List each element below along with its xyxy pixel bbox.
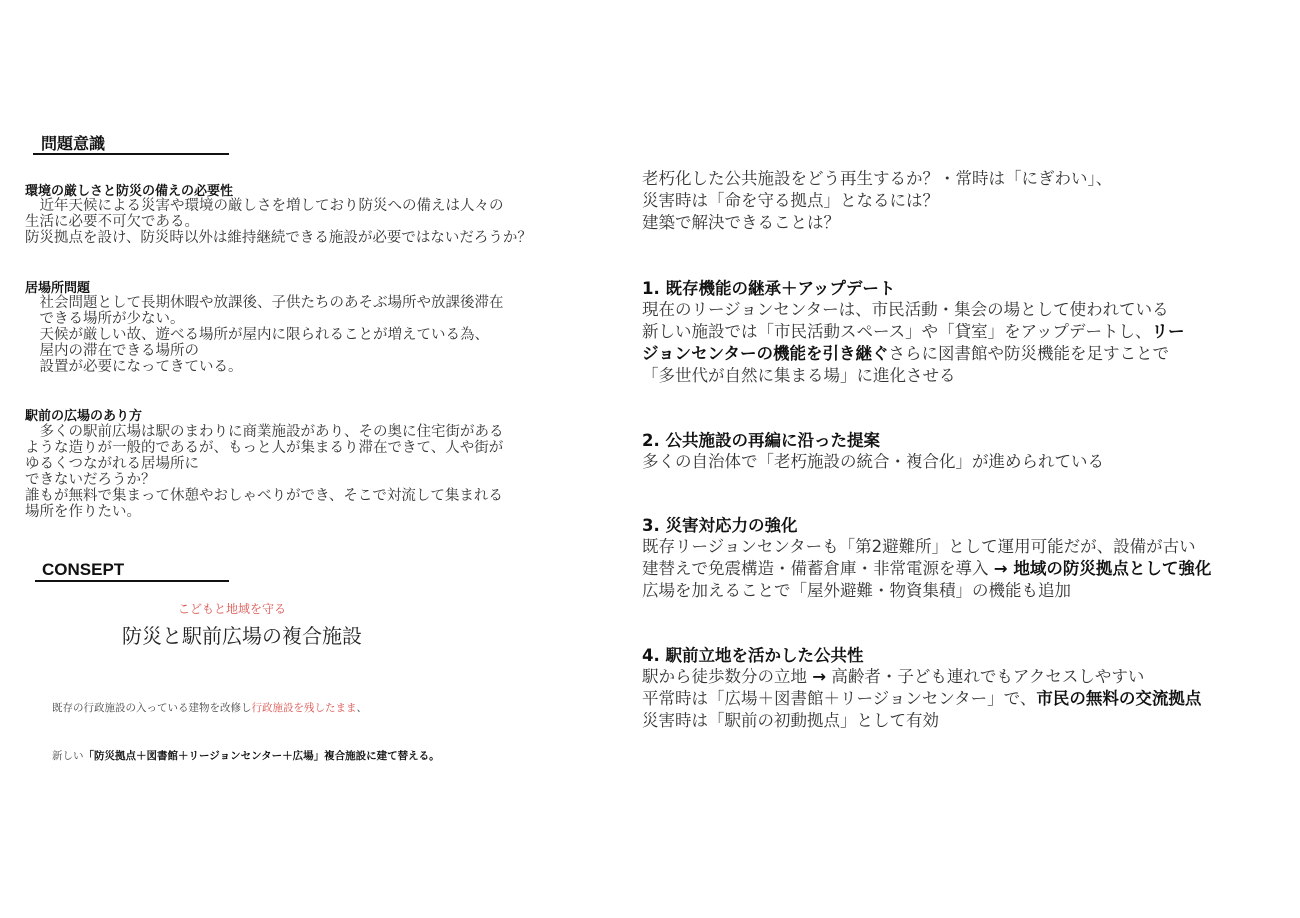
text-line: 多くの駅前広場は駅のまわりに商業施設があり、その奥に住宅街がある (25, 424, 504, 440)
concept-tagline: こどもと地域を守る (178, 600, 286, 617)
point-line: 既存リージョンセンターも「第2避難所」として運用可能だが、設備が古い (642, 536, 1211, 558)
text-line: 社会問題として長期休暇や放課後、子供たちのあそぶ場所や放課後滞在 (25, 295, 504, 311)
concept-desc-line-2: 新しい「防災拠点＋図書館＋リージョンセンター＋広場」複合施設に建て替える。 (52, 748, 440, 764)
section-body-station-plaza: 多くの駅前広場は駅のまわりに商業施設があり、その奥に住宅街がある ような造りが一… (25, 424, 504, 520)
text: 駅から徒歩数分の立地 (642, 667, 812, 686)
text-line: できる場所が少ない。 (25, 311, 504, 327)
point-heading: 4. 駅前立地を活かした公共性 (642, 642, 1201, 666)
text-line: できないだろうか？ (25, 472, 504, 488)
bold-text: リー (1152, 322, 1185, 341)
text-line: 生活に必要不可欠である。 (25, 214, 532, 230)
section-body-environment: 近年天候による災害や環境の厳しさを増しており防災への備えは人々の 生活に必要不可… (25, 198, 532, 246)
point-line: 駅から徒歩数分の立地 → 高齢者・子ども連れでもアクセスしやすい (642, 666, 1201, 688)
section-heading-environment: 環境の厳しさと防災の備えの必要性 (25, 180, 233, 199)
bold-text: 市民の無料の交流拠点 (1036, 689, 1201, 708)
text-line: 誰もが無料で集まって休憩やおしゃべりができ、そこで対流して集まれる (25, 488, 504, 504)
desc-text: 、 (357, 702, 368, 714)
concept-title: CONSEPT (42, 560, 124, 580)
concept-description: 既存の行政施設の入っている建物を改修し行政施設を残したまま、 新しい「防災拠点＋… (52, 668, 440, 780)
text-line: 屋内の滞在できる場所の (25, 343, 504, 359)
concept-main-title: 防災と駅前広場の複合施設 (122, 620, 362, 649)
desc-text: 新しい (52, 750, 84, 762)
problem-title: 問題意識 (41, 131, 105, 154)
point-4: 4. 駅前立地を活かした公共性 駅から徒歩数分の立地 → 高齢者・子ども連れでも… (642, 642, 1201, 732)
section-heading-station-plaza: 駅前の広場のあり方 (25, 405, 142, 424)
point-3: 3. 災害対応力の強化 既存リージョンセンターも「第2避難所」として運用可能だが… (642, 512, 1211, 602)
intro-line: 建築で解決できることは？ (642, 212, 1112, 234)
text: 平常時は「広場＋図書館＋リージョンセンター」で、 (642, 689, 1036, 708)
point-line: 広場を加えることで「屋外避難・物資集積」の機能も追加 (642, 580, 1211, 602)
desc-bold: 「防災拠点＋図書館＋リージョンセンター＋広場」複合施設に建て替える。 (84, 750, 440, 762)
arrow-right-icon: → (812, 667, 826, 686)
section-body-ibasho: 社会問題として長期休暇や放課後、子供たちのあそぶ場所や放課後滞在 できる場所が少… (25, 295, 504, 375)
text-line: 近年天候による災害や環境の厳しさを増しており防災への備えは人々の (25, 198, 532, 214)
concept-title-underline (35, 580, 229, 582)
point-heading: 1. 既存機能の継承＋アップデート (642, 275, 1185, 299)
point-line: 現在のリージョンセンターは、市民活動・集会の場として使われている (642, 299, 1185, 321)
intro-questions: 老朽化した公共施設をどう再生するか？・常時は「にぎわい」、 災害時は「命を守る拠… (642, 168, 1112, 234)
text-line: 防災拠点を設け、防災時以外は維持継続できる施設が必要ではないだろうか？ (25, 230, 532, 246)
point-line: 災害時は「駅前の初動拠点」として有効 (642, 710, 1201, 732)
desc-text: 既存の行政施設の入っている建物を改修し (52, 702, 252, 714)
text-line: ゆるくつながれる居場所に (25, 456, 504, 472)
problem-title-underline (33, 153, 229, 155)
point-line: 新しい施設では「市民活動スペース」や「貸室」をアップデートし、リー (642, 321, 1185, 343)
text: 高齢者・子ども連れでもアクセスしやすい (826, 667, 1144, 686)
point-line: 建替えで免震構造・備蓄倉庫・非常電源を導入 → 地域の防災拠点として強化 (642, 558, 1211, 580)
point-line: 平常時は「広場＋図書館＋リージョンセンター」で、市民の無料の交流拠点 (642, 688, 1201, 710)
point-2: 2. 公共施設の再編に沿った提案 多くの自治体で「老朽施設の統合・複合化」が進め… (642, 427, 1104, 473)
text-line: 天候が厳しい故、遊べる場所が屋内に限られることが増えている為、 (25, 327, 504, 343)
section-heading-ibasho: 居場所問題 (25, 277, 90, 296)
text-line: ような造りが一般的であるが、もっと人が集まるり滞在できて、人や街が (25, 440, 504, 456)
text: 新しい施設では「市民活動スペース」や「貸室」をアップデートし、 (642, 322, 1152, 341)
desc-highlight: 行政施設を残したまま (252, 702, 357, 714)
text: 建替えで免震構造・備蓄倉庫・非常電源を導入 (642, 559, 994, 578)
text-line: 設置が必要になってきている。 (25, 359, 504, 375)
concept-desc-line-1: 既存の行政施設の入っている建物を改修し行政施設を残したまま、 (52, 700, 440, 716)
bold-text: → 地域の防災拠点として強化 (994, 559, 1212, 578)
point-heading: 3. 災害対応力の強化 (642, 512, 1211, 536)
point-1: 1. 既存機能の継承＋アップデート 現在のリージョンセンターは、市民活動・集会の… (642, 275, 1185, 387)
intro-line: 老朽化した公共施設をどう再生するか？・常時は「にぎわい」、 (642, 168, 1112, 190)
intro-line: 災害時は「命を守る拠点」となるには？ (642, 190, 1112, 212)
text-line: 場所を作りたい。 (25, 504, 504, 520)
bold-text: ジョンセンターの機能を引き継ぐ (642, 344, 889, 363)
point-line: 「多世代が自然に集まる場」に進化させる (642, 365, 1185, 387)
point-line: ジョンセンターの機能を引き継ぐさらに図書館や防災機能を足すことで (642, 343, 1185, 365)
text: さらに図書館や防災機能を足すことで (889, 344, 1170, 363)
point-heading: 2. 公共施設の再編に沿った提案 (642, 427, 1104, 451)
point-line: 多くの自治体で「老朽施設の統合・複合化」が進められている (642, 451, 1104, 473)
